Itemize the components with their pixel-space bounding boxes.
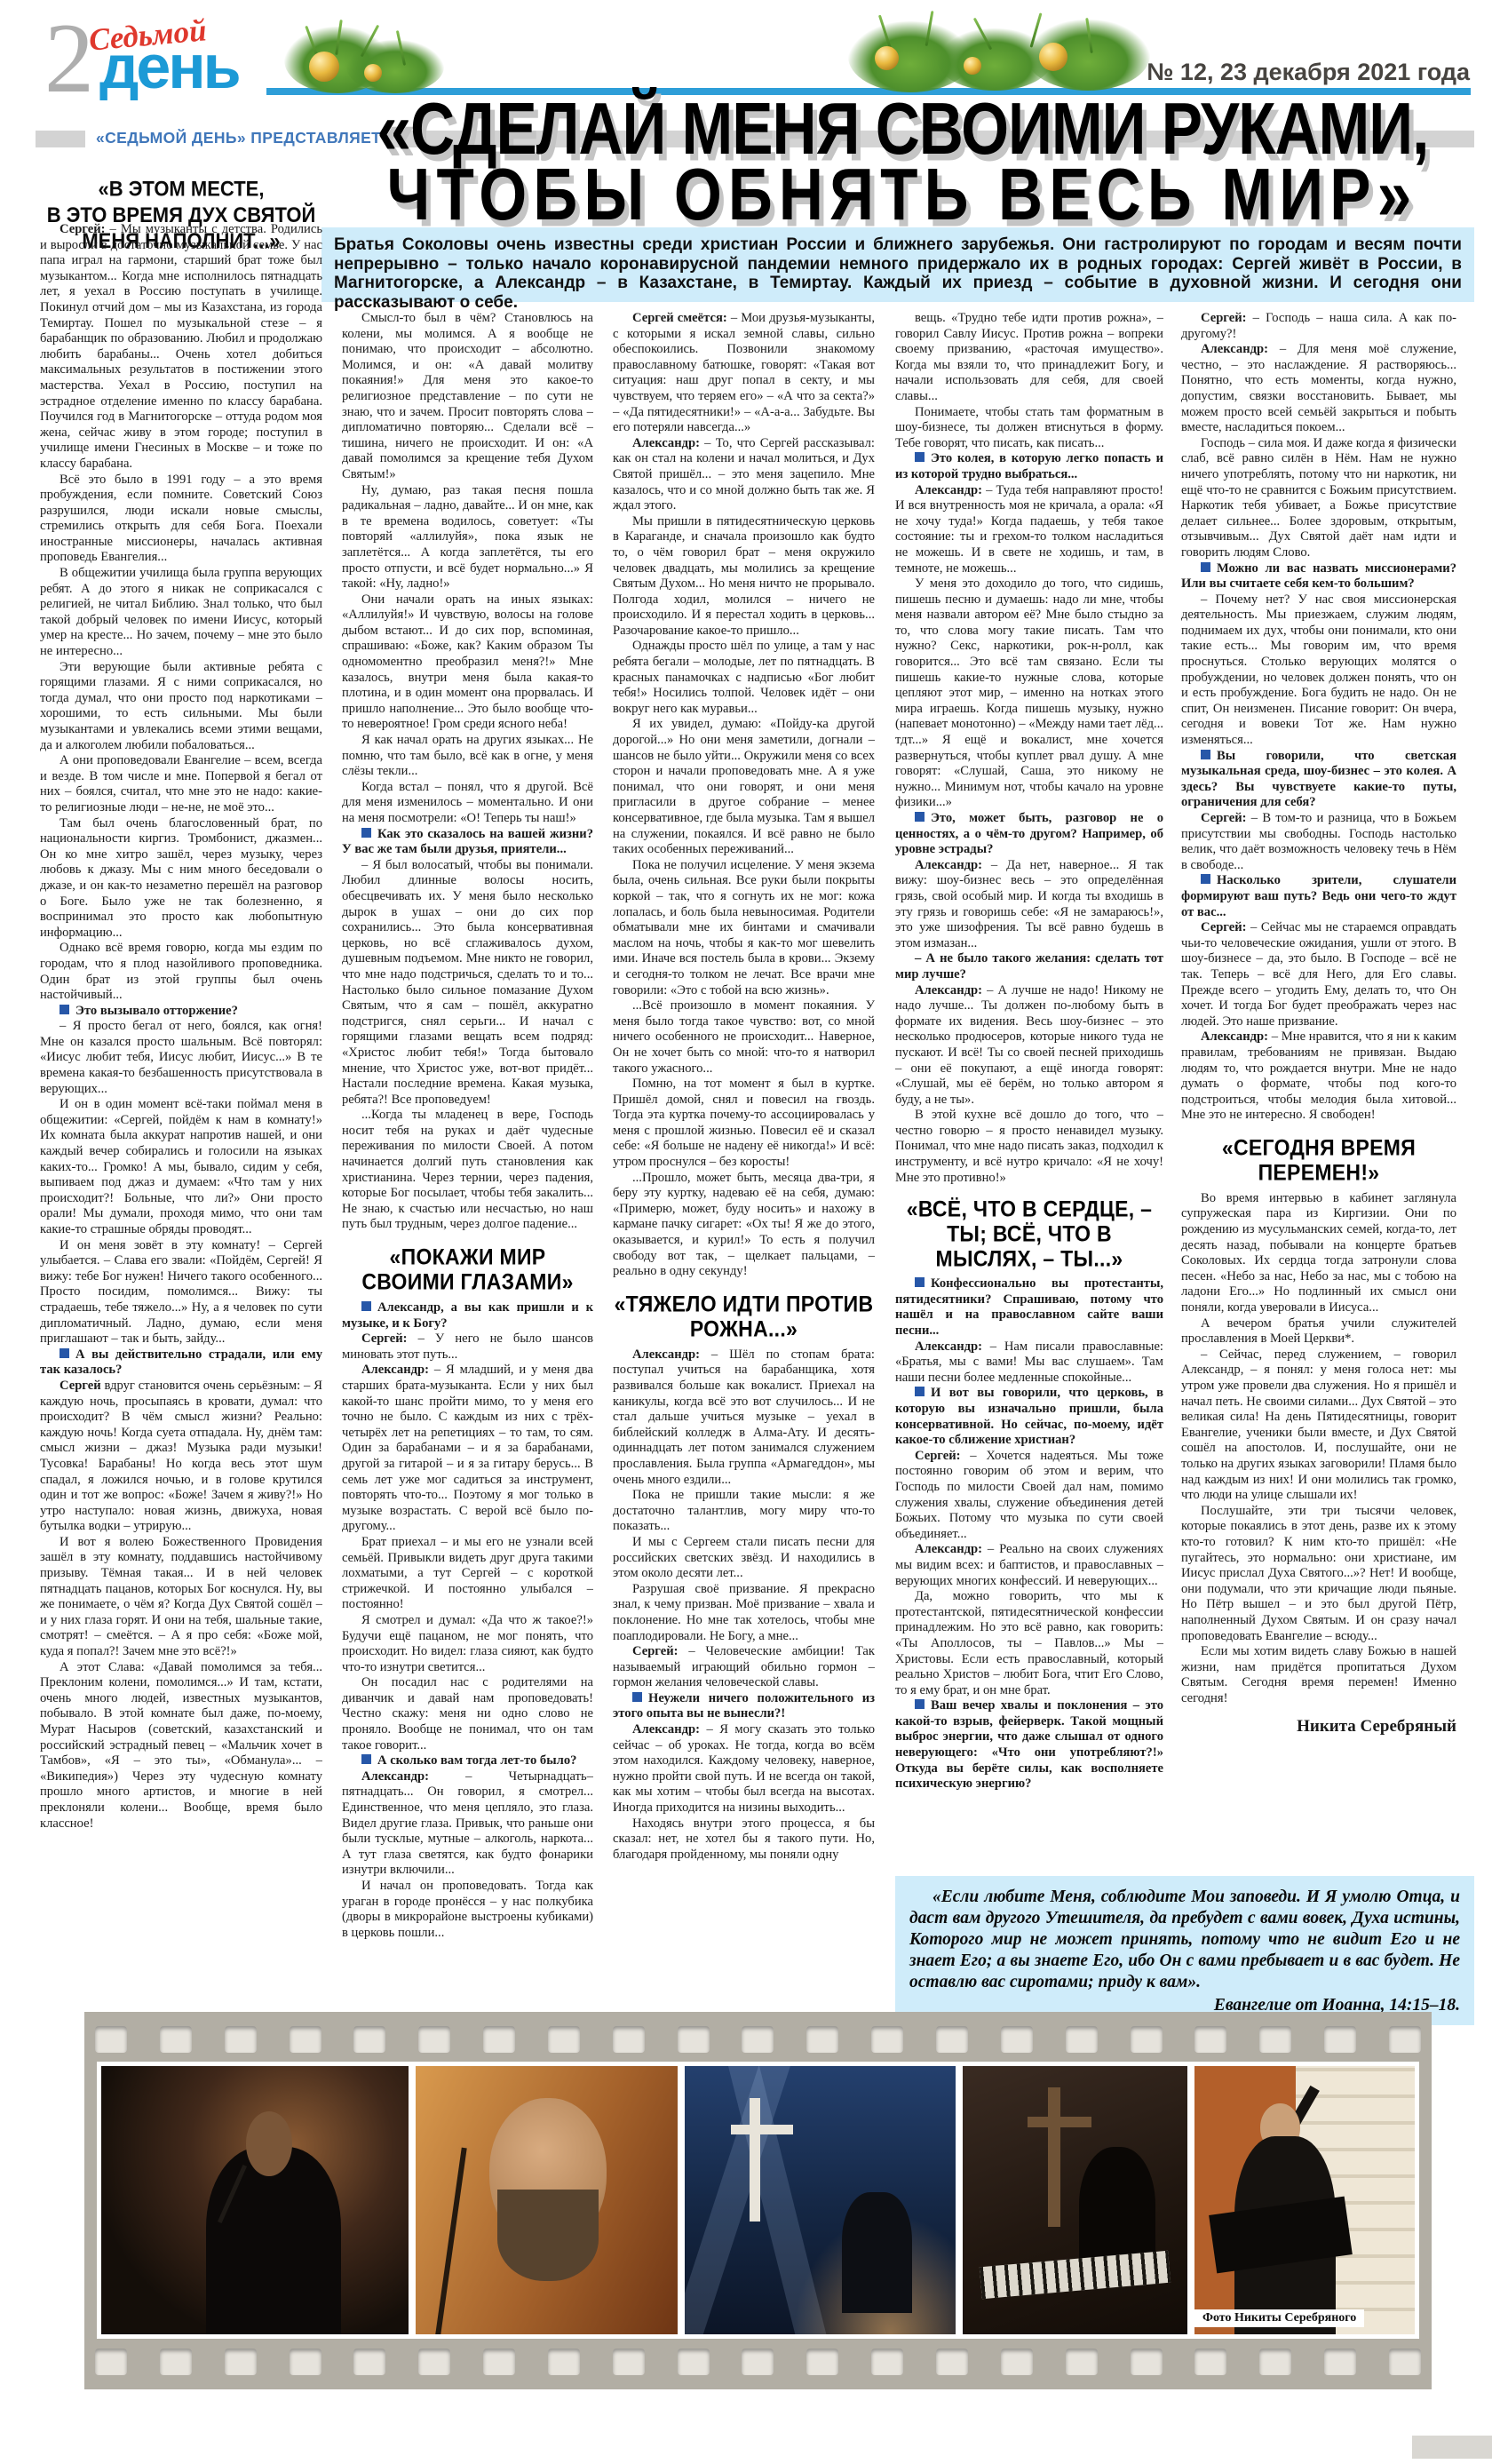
article-paragraph: – Почему нет? У нас своя миссионерская д… bbox=[1181, 592, 1456, 749]
article-paragraph: И мы с Сергеем стали писать песни для ро… bbox=[613, 1535, 875, 1582]
article-paragraph: Сергей: – Мы музыканты с детства. Родили… bbox=[40, 222, 322, 473]
sprocket-hole bbox=[613, 2026, 645, 2053]
article-paragraph: Всё это было в 1991 году – а это время п… bbox=[40, 473, 322, 567]
sprocket-holes-bottom bbox=[95, 2349, 1421, 2375]
intro-column: Сергей: – Мы музыканты с детства. Родили… bbox=[40, 222, 322, 1999]
interview-question: – А не было такого желания: сделать тот … bbox=[895, 951, 1163, 982]
article-paragraph: Александр: – Туда тебя направляют просто… bbox=[895, 483, 1163, 577]
sprocket-hole bbox=[613, 2349, 645, 2375]
sprocket-hole bbox=[160, 2349, 192, 2375]
christmas-garland-left-icon bbox=[284, 18, 448, 98]
sprocket-hole bbox=[1259, 2026, 1291, 2053]
question-bullet-icon bbox=[915, 812, 925, 822]
article-paragraph: Сергей смеётся: – Мои друзья-музыканты, … bbox=[613, 311, 875, 436]
interview-question: Александр, а вы как пришли и к музыке, и… bbox=[342, 1300, 593, 1331]
article-paragraph: Однажды просто шёл по улице, а там у нас… bbox=[613, 639, 875, 717]
article-paragraph: Александр: – Да нет, наверное... Я так в… bbox=[895, 858, 1163, 952]
article-paragraph: Во время интервью в кабинет заглянула су… bbox=[1181, 1191, 1456, 1316]
sprocket-hole bbox=[418, 2026, 450, 2053]
article-paragraph: Александр: – Мне нравится, что я ни к ка… bbox=[1181, 1029, 1456, 1124]
article-paragraph: Пока не пришли такие мысли: я же достато… bbox=[613, 1488, 875, 1535]
sprocket-hole bbox=[548, 2026, 580, 2053]
question-bullet-icon bbox=[361, 1754, 371, 1764]
sprocket-hole bbox=[1389, 2349, 1421, 2375]
sprocket-hole bbox=[1066, 2026, 1098, 2053]
question-bullet-icon bbox=[915, 1699, 925, 1709]
sprocket-hole bbox=[871, 2349, 903, 2375]
article-paragraph: ...Когда ты младенец в вере, Господь нос… bbox=[342, 1108, 593, 1233]
sprocket-hole bbox=[871, 2026, 903, 2053]
article-paragraph: Пока не получил исцеление. У меня экзема… bbox=[613, 858, 875, 998]
article-paragraph: Сергей: – Человеческие амбиции! Так назы… bbox=[613, 1644, 875, 1691]
sprocket-hole bbox=[483, 2026, 515, 2053]
lede-box: Братья Соколовы очень известны среди хри… bbox=[321, 227, 1474, 302]
article-paragraph: Эти верующие были активные ребята с горя… bbox=[40, 660, 322, 754]
christmas-garland-right-icon bbox=[848, 11, 1150, 91]
headline-line-2: ЧТОБЫ ОБНЯТЬ ВЕСЬ МИР» bbox=[387, 155, 1418, 234]
photo-keyboardist-dark bbox=[963, 2066, 1187, 2334]
interview-question: Ваш вечер хвалы и поклонения – это какой… bbox=[895, 1698, 1163, 1792]
article-paragraph: И он меня зовёт в эту комнату! – Сергей … bbox=[40, 1238, 322, 1347]
article-paragraph: Господь – сила моя. И даже когда я физич… bbox=[1181, 436, 1456, 561]
article-paragraph: В общежитии училища была группа верующих… bbox=[40, 566, 322, 660]
article-paragraph: вещь. «Трудно тебе идти против рожна», –… bbox=[895, 311, 1163, 405]
issue-date: № 12, 23 декабря 2021 года bbox=[1147, 59, 1470, 86]
article-paragraph: Александр: – Я младший, и у меня два ста… bbox=[342, 1363, 593, 1535]
interview-question: Насколько зрители, слушатели формируют в… bbox=[1181, 873, 1456, 920]
article-paragraph: Разрушая своё призвание. Я прекрасно зна… bbox=[613, 1582, 875, 1644]
article-paragraph: Послушайте, эти три тысячи человек, кото… bbox=[1181, 1504, 1456, 1644]
section-heading: «ВСЁ, ЧТО В СЕРДЦЕ, – ТЫ; ВСЁ, ЧТО В МЫС… bbox=[895, 1196, 1163, 1271]
article-column-4: Сергей: – Господь – наша сила. А как по-… bbox=[1181, 311, 1456, 1867]
verse-text: «Если любите Меня, соблюдите Мои заповед… bbox=[909, 1887, 1460, 1993]
interview-question: Как это сказалось на вашей жизни? У вас … bbox=[342, 827, 593, 858]
article-paragraph: Я их увидел, думаю: «Пойду-ка другой дор… bbox=[613, 717, 875, 857]
article-paragraph: Однако всё время говорю, когда мы ездим … bbox=[40, 941, 322, 1003]
article-paragraph: Александр: – То, что Сергей рассказывал:… bbox=[613, 436, 875, 514]
sprocket-hole bbox=[160, 2026, 192, 2053]
article-paragraph: – Сейчас, перед служением, – говорил Але… bbox=[1181, 1347, 1456, 1504]
article-paragraph: Александр: – Для меня моё служение, чест… bbox=[1181, 342, 1456, 436]
photo-alexander-brick-wall: Фото Никиты Серебряного bbox=[1194, 2066, 1415, 2334]
sprocket-hole bbox=[1001, 2349, 1033, 2375]
article-paragraph: А этот Слава: «Давай помолимся за тебя..… bbox=[40, 1660, 322, 1832]
question-bullet-icon bbox=[60, 1005, 69, 1014]
photo-stage-cross-blue-light bbox=[685, 2066, 956, 2334]
article-paragraph: Когда встал – понял, что я другой. Всё д… bbox=[342, 780, 593, 827]
article-paragraph: Сергей: – Господь – наша сила. А как по-… bbox=[1181, 311, 1456, 342]
newspaper-page: 2 Седьмой день № 12, 23 декабря 2021 год… bbox=[0, 0, 1492, 2464]
question-bullet-icon bbox=[60, 1348, 69, 1358]
sprocket-hole bbox=[1324, 2349, 1356, 2375]
interview-question: Это колея, в которую легко попасть и из … bbox=[895, 451, 1163, 482]
interview-question: А вы действительно страдали, или ему так… bbox=[40, 1347, 322, 1379]
interview-question: Вы говорили, что светская музыкальная ср… bbox=[1181, 749, 1456, 811]
sprocket-hole bbox=[936, 2026, 968, 2053]
question-bullet-icon bbox=[915, 1387, 925, 1396]
sprocket-hole bbox=[483, 2349, 515, 2375]
article-paragraph: Сергей: – Хочется надеяться. Мы тоже пос… bbox=[895, 1449, 1163, 1543]
photo-vocalist-dark-stage bbox=[101, 2066, 409, 2334]
sprocket-hole bbox=[548, 2349, 580, 2375]
sprocket-hole bbox=[1194, 2349, 1226, 2375]
sprocket-hole bbox=[678, 2349, 710, 2375]
article-paragraph: Александр: – Шёл по стопам брата: поступ… bbox=[613, 1347, 875, 1488]
sprocket-hole bbox=[1001, 2026, 1033, 2053]
question-bullet-icon bbox=[361, 1301, 371, 1311]
article-paragraph: Брат приехал – и мы его не узнали всей с… bbox=[342, 1535, 593, 1613]
article-paragraph: А они проповедовали Евангелие – всем, вс… bbox=[40, 753, 322, 815]
article-paragraph: ...Всё произошло в момент покаяния. У ме… bbox=[613, 998, 875, 1077]
question-bullet-icon bbox=[1201, 750, 1210, 759]
verse-box: «Если любите Меня, соблюдите Мои заповед… bbox=[895, 1876, 1474, 2025]
sprocket-holes-top bbox=[95, 2026, 1421, 2053]
sprocket-hole bbox=[678, 2026, 710, 2053]
article-paragraph: Он посадил нас с родителями на диванчик … bbox=[342, 1675, 593, 1753]
article-paragraph: Ну, думаю, раз такая песня пошла радикал… bbox=[342, 483, 593, 592]
sprocket-hole bbox=[353, 2026, 385, 2053]
article-paragraph: Мы пришли в пятидесятническую церковь в … bbox=[613, 514, 875, 640]
article-paragraph: – Я был волосатый, чтобы вы понимали. Лю… bbox=[342, 858, 593, 1109]
sprocket-hole bbox=[1066, 2349, 1098, 2375]
article-paragraph: Да, можно говорить, что мы к протестантс… bbox=[895, 1589, 1163, 1698]
article-paragraph: У меня это доходило до того, что сидишь,… bbox=[895, 576, 1163, 811]
article-paragraph: И он в один момент всё-таки поймал меня … bbox=[40, 1097, 322, 1237]
article-paragraph: Сергей: – Сейчас мы не стараемся оправда… bbox=[1181, 920, 1456, 1029]
article-paragraph: Сергей: – У него не было шансов миновать… bbox=[342, 1331, 593, 1363]
sprocket-hole bbox=[1324, 2026, 1356, 2053]
question-bullet-icon bbox=[915, 1277, 925, 1287]
article-paragraph: Понимаете, чтобы стать там форматным в ш… bbox=[895, 405, 1163, 452]
article-paragraph: А вечером братья учили служителей просла… bbox=[1181, 1316, 1456, 1347]
sprocket-hole bbox=[95, 2349, 127, 2375]
article-paragraph: И вот я волею Божественного Провидения з… bbox=[40, 1535, 322, 1660]
article-paragraph: Александр: – Нам писали православные: «Б… bbox=[895, 1339, 1163, 1387]
sprocket-hole bbox=[1389, 2026, 1421, 2053]
logo-wordmark: день bbox=[99, 36, 239, 98]
sprocket-hole bbox=[742, 2349, 774, 2375]
interview-question: И вот вы говорили, что церковь, в котору… bbox=[895, 1386, 1163, 1448]
sprocket-hole bbox=[95, 2026, 127, 2053]
article-paragraph: Я смотрел и думал: «Да что ж такое?!» Бу… bbox=[342, 1613, 593, 1675]
sprocket-hole bbox=[936, 2349, 968, 2375]
sprocket-hole bbox=[418, 2349, 450, 2375]
sprocket-hole bbox=[742, 2026, 774, 2053]
sprocket-hole bbox=[290, 2026, 321, 2053]
question-bullet-icon bbox=[361, 828, 371, 838]
film-strip: Фото Никиты Серебряного bbox=[84, 2012, 1432, 2389]
section-heading: «ПОКАЖИ МИР СВОИМИ ГЛАЗАМИ» bbox=[342, 1244, 593, 1294]
author-signature: Никита Серебряный bbox=[1181, 1719, 1456, 1735]
interview-question: Неужели ничего положительного из этого о… bbox=[613, 1691, 875, 1722]
article-paragraph: Там был очень благословенный брат, по на… bbox=[40, 816, 322, 942]
sprocket-hole bbox=[806, 2349, 838, 2375]
section-heading: «ТЯЖЕЛО ИДТИ ПРОТИВ РОЖНА...» bbox=[613, 1292, 875, 1341]
sprocket-hole bbox=[290, 2349, 321, 2375]
article-paragraph: Я как начал орать на других языках... Не… bbox=[342, 733, 593, 780]
article-column-1: Смысл-то был в чём? Становлюсь на колени… bbox=[342, 311, 593, 2000]
article-paragraph: ...Прошло, может быть, месяца два-три, я… bbox=[613, 1171, 875, 1280]
interview-question: Это, может быть, разговор не о ценностях… bbox=[895, 811, 1163, 858]
article-column-2: Сергей смеётся: – Мои друзья-музыканты, … bbox=[613, 311, 875, 2000]
article-paragraph: Находясь внутри этого процесса, я бы ска… bbox=[613, 1816, 875, 1864]
article-paragraph: Если мы хотим видеть славу Божью в нашей… bbox=[1181, 1644, 1456, 1706]
article-paragraph: Смысл-то был в чём? Становлюсь на колени… bbox=[342, 311, 593, 483]
question-bullet-icon bbox=[1201, 874, 1210, 884]
article-paragraph: Сергей вдруг становится очень серьёзным:… bbox=[40, 1379, 322, 1535]
article-paragraph: Александр: – Я могу сказать это только с… bbox=[613, 1722, 875, 1816]
sprocket-hole bbox=[1131, 2349, 1163, 2375]
sprocket-hole bbox=[1259, 2349, 1291, 2375]
article-paragraph: Александр: – Четырнадцать–пятнадцать... … bbox=[342, 1769, 593, 1879]
section-heading: «СЕГОДНЯ ВРЕМЯ ПЕРЕМЕН!» bbox=[1181, 1135, 1456, 1185]
question-bullet-icon bbox=[1201, 562, 1210, 572]
page-corner-mark bbox=[1412, 2436, 1492, 2459]
question-bullet-icon bbox=[915, 452, 925, 462]
sprocket-hole bbox=[1194, 2026, 1226, 2053]
article-paragraph: Александр: – Реально на своих служениях … bbox=[895, 1542, 1163, 1589]
article-paragraph: Александр: – А лучше не надо! Никому не … bbox=[895, 983, 1163, 1109]
sprocket-hole bbox=[353, 2349, 385, 2375]
sprocket-hole bbox=[1131, 2026, 1163, 2053]
article-column-3: вещь. «Трудно тебе идти против рожна», –… bbox=[895, 311, 1163, 1858]
article-paragraph: И начал он проповедовать. Тогда как ураг… bbox=[342, 1879, 593, 1941]
photo-sergey-portrait bbox=[416, 2066, 678, 2334]
main-headline: «СДЕЛАЙ МЕНЯ СВОИМИ РУКАМИ, ЧТОБЫ ОБНЯТЬ… bbox=[330, 89, 1474, 220]
article-paragraph: Помню, на тот момент я был в куртке. При… bbox=[613, 1077, 875, 1171]
interview-question: Можно ли вас назвать миссионерами? Или в… bbox=[1181, 561, 1456, 592]
article-paragraph: Они начали орать на иных языках: «Аллилу… bbox=[342, 592, 593, 733]
question-bullet-icon bbox=[632, 1692, 642, 1702]
interview-question: А сколько вам тогда лет-то было? bbox=[342, 1753, 593, 1769]
sprocket-hole bbox=[225, 2349, 257, 2375]
sprocket-hole bbox=[806, 2026, 838, 2053]
photo-caption: Фото Никиты Серебряного bbox=[1194, 2309, 1364, 2327]
article-paragraph: – Я просто бегал от него, боялся, как ог… bbox=[40, 1019, 322, 1097]
article-paragraph: В этой кухне всё дошло до того, что – че… bbox=[895, 1108, 1163, 1186]
interview-question: Это вызывало отторжение? bbox=[40, 1004, 322, 1020]
photo-row: Фото Никиты Серебряного bbox=[97, 2062, 1419, 2339]
interview-question: Конфессионально вы протестанты, пятидеся… bbox=[895, 1276, 1163, 1339]
sprocket-hole bbox=[225, 2026, 257, 2053]
article-paragraph: Сергей: – В том-то и разница, что в Божь… bbox=[1181, 811, 1456, 873]
